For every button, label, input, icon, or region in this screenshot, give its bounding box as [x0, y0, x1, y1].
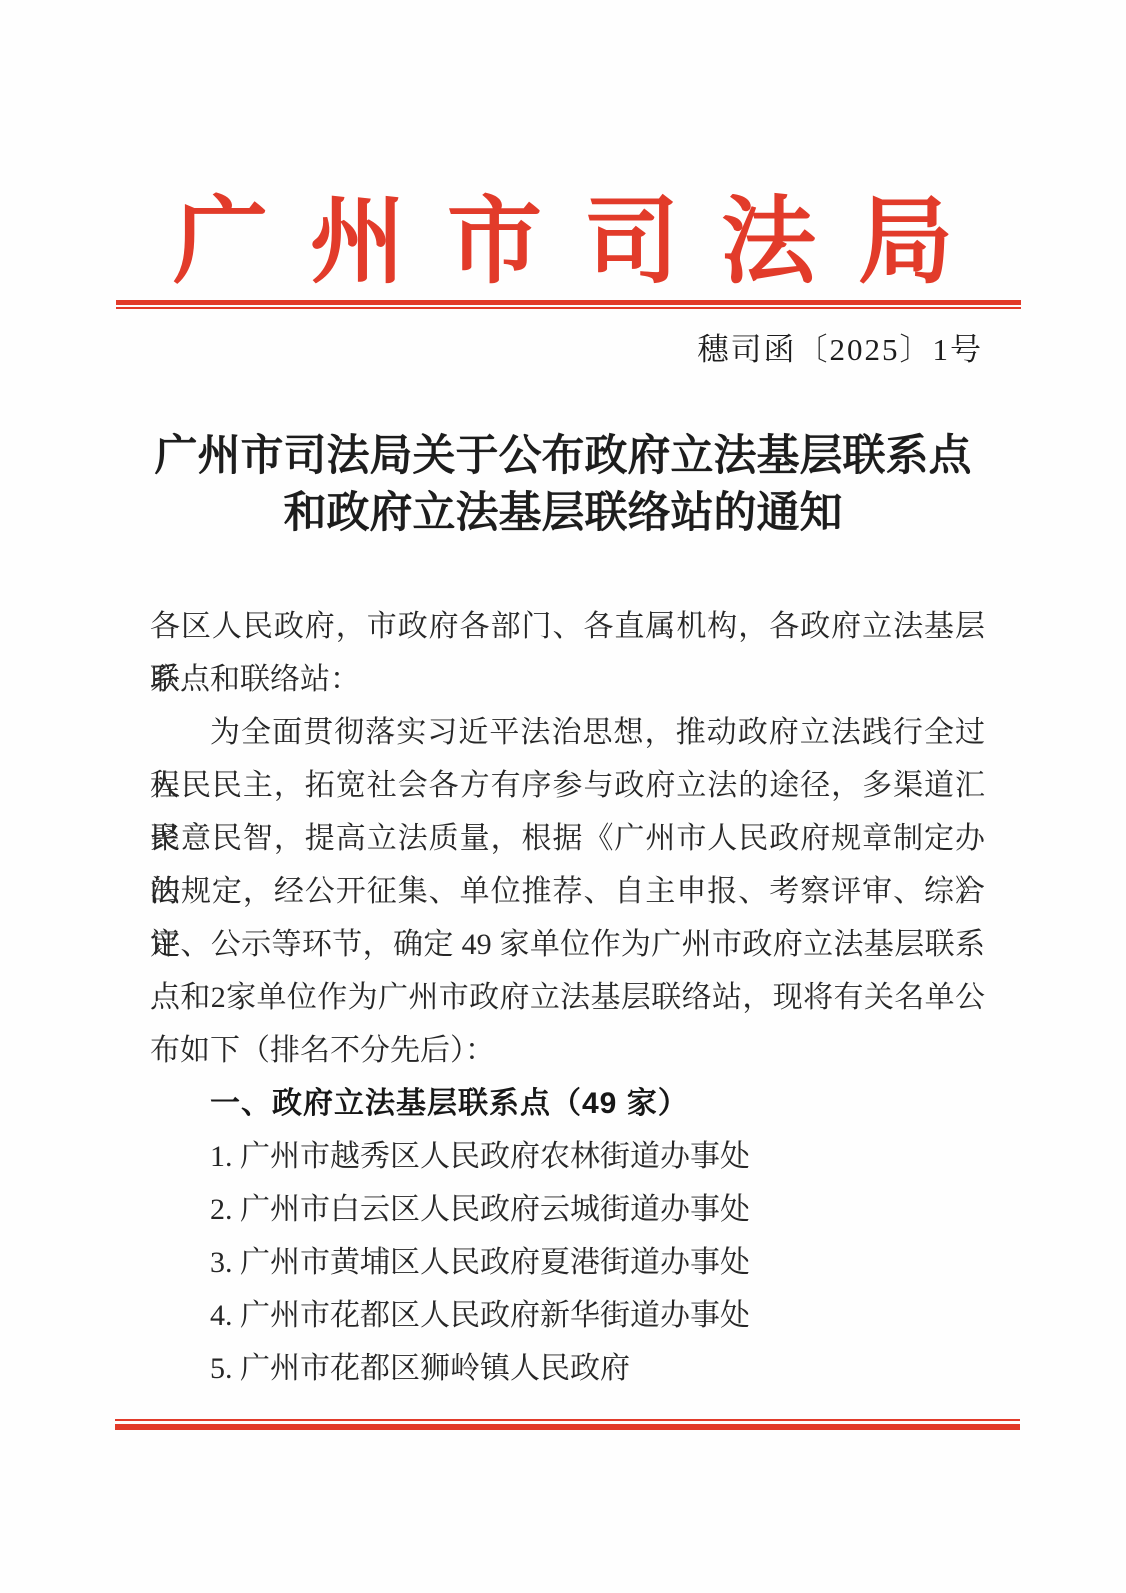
- notice-title-line-2: 和政府立法基层联络站的通知: [0, 485, 1126, 542]
- paragraph-line-2: 人民民主，拓宽社会各方有序参与政府立法的途径，多渠道汇聚: [150, 759, 985, 812]
- paragraph-line-7: 布如下（排名不分先后）：: [150, 1024, 985, 1077]
- document-page: 广州市司法局 穗司函〔2025〕1号 广州市司法局关于公布政府立法基层联系点 和…: [0, 0, 1126, 1593]
- paragraph-line-3: 民意民智，提高立法质量，根据《广州市人民政府规章制定办法》: [150, 812, 985, 865]
- header-divider-thin-line: [116, 307, 1021, 309]
- list-item-5: 5. 广州市花都区狮岭镇人民政府: [150, 1342, 985, 1395]
- list-item-3: 3. 广州市黄埔区人民政府夏港街道办事处: [150, 1236, 985, 1289]
- salutation-line-2: 系点和联络站：: [150, 653, 985, 706]
- paragraph-line-5: 定、公示等环节，确定 49 家单位作为广州市政府立法基层联系: [150, 918, 985, 971]
- list-item-2: 2. 广州市白云区人民政府云城街道办事处: [150, 1183, 985, 1236]
- paragraph-line-6: 点和2家单位作为广州市政府立法基层联络站，现将有关名单公: [150, 971, 985, 1024]
- paragraph-line-1: 为全面贯彻落实习近平法治思想，推动政府立法践行全过程: [150, 706, 985, 759]
- list-item-1: 1. 广州市越秀区人民政府农林街道办事处: [150, 1130, 985, 1183]
- list-item-4: 4. 广州市花都区人民政府新华街道办事处: [150, 1289, 985, 1342]
- salutation-line-1: 各区人民政府，市政府各部门、各直属机构，各政府立法基层联: [150, 600, 985, 653]
- notice-title-line-1: 广州市司法局关于公布政府立法基层联系点: [0, 428, 1126, 485]
- paragraph-line-4: 的规定，经公开征集、单位推荐、自主申报、考察评审、综合评: [150, 865, 985, 918]
- footer-divider-thick-line: [115, 1424, 1020, 1430]
- agency-title: 广州市司法局: [0, 188, 1126, 296]
- section-heading: 一、政府立法基层联系点（49 家）: [150, 1077, 985, 1130]
- document-number: 穗司函〔2025〕1号: [698, 333, 984, 367]
- footer-divider: [115, 1419, 1020, 1430]
- notice-title: 广州市司法局关于公布政府立法基层联系点 和政府立法基层联络站的通知: [0, 428, 1126, 542]
- notice-body: 各区人民政府，市政府各部门、各直属机构，各政府立法基层联 系点和联络站： 为全面…: [150, 600, 985, 1395]
- header-divider: [116, 300, 1021, 309]
